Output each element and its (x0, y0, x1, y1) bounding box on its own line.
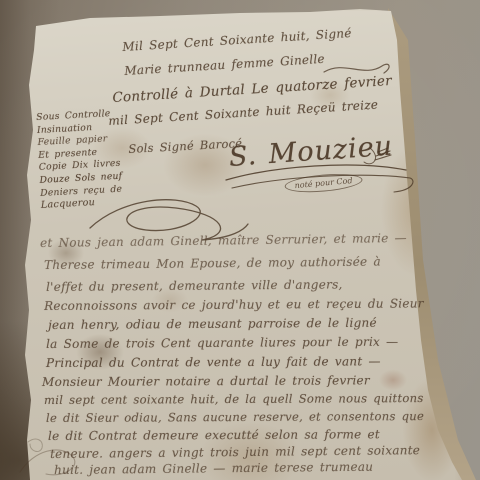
photo-surface: Mil Sept Cent Soixante huit, Signé Marie… (0, 0, 480, 480)
pencil-sketch-icon (14, 432, 164, 480)
body-line: mil sept cent soixante huit, de la quell… (44, 391, 424, 407)
body-line: l'effet du present, demeurante ville d'a… (46, 277, 343, 294)
body-line: Reconnoissons avoir ce jourd'huy et eu e… (44, 296, 424, 313)
body-line: jean henry, odiau de meusant parroise de… (48, 316, 377, 332)
body-line: Monsieur Mourier notaire a durtal le tro… (42, 373, 370, 389)
body-line: le dit Sieur odiau, Sans aucune reserve,… (46, 409, 424, 425)
body-line: la Some de trois Cent quarante liures po… (46, 335, 398, 351)
body-line: Principal du Contrat de vente a luy fait… (46, 354, 381, 370)
